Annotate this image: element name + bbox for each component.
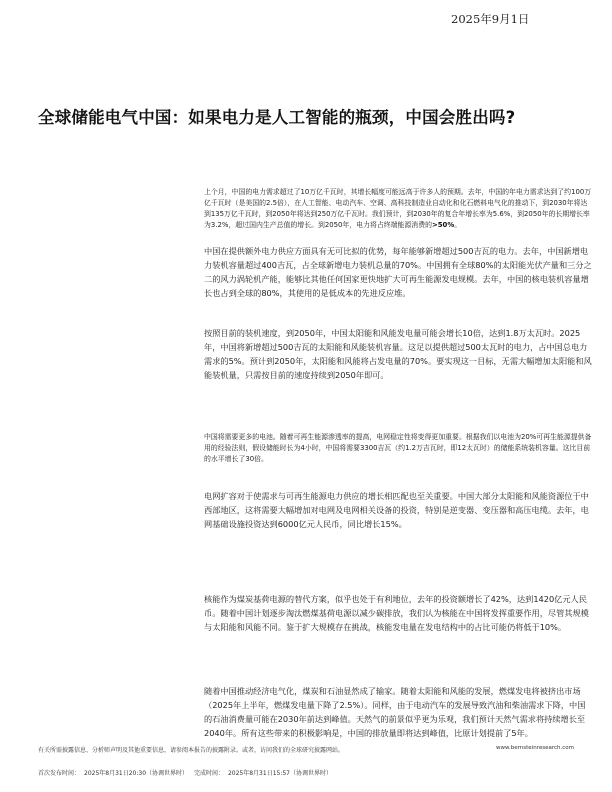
report-title: 全球储能电气中国：如果电力是人工智能的瓶颈，中国会胜出吗?: [38, 104, 598, 128]
research-site-link[interactable]: www.bernsteinresearch.com: [496, 745, 574, 751]
highlight-share: >50%: [432, 221, 454, 229]
disclosure-note: 有关所需披露信息、分析师声明及其他重要信息，请参阅本报告的披露附录。或者，访问我…: [38, 745, 344, 754]
first-published-label: 首次发布时间：: [38, 770, 80, 777]
paragraph-batteries: 中国将需要更多的电池。随着可再生能源渗透率的提高，电网稳定性将变得更加重要。根据…: [204, 432, 592, 466]
paragraph-text: 上个月，中国的电力需求超过了10万亿千瓦时，其增长幅度可能远高于许多人的预期。去…: [204, 188, 591, 229]
report-date: 2025年9月1日: [451, 11, 576, 27]
paragraph-electricity-demand: 上个月，中国的电力需求超过了10万亿千瓦时，其增长幅度可能远高于许多人的预期。去…: [204, 187, 592, 231]
paragraph-coal-oil: 随着中国推动经济电气化，煤炭和石油显然成了输家。随着太阳能和风能的发展，燃煤发电…: [204, 684, 592, 740]
completed-time: 2025年8月31日15:57（协调世界时）: [228, 770, 332, 777]
paragraph-grid: 电网扩容对于使需求与可再生能源电力供应的增长相匹配也至关重要。中国大部分太阳能和…: [204, 489, 592, 531]
paragraph-end: 。: [454, 221, 461, 229]
publication-times: 首次发布时间：2025年8月31日20:30（协调世界时） 完成时间：2025年…: [38, 768, 336, 777]
paragraph-supply-advantage: 中国在提供额外电力供应方面具有无可比拟的优势，每年能够新增超过500吉瓦的电力。…: [204, 244, 592, 300]
paragraph-nuclear: 核能作为煤炭基荷电源的替代方案，似乎也处于有利地位，去年的投资额增长了42%，达…: [204, 592, 592, 634]
first-published-time: 2025年8月31日20:30（协调世界时）: [84, 770, 188, 777]
paragraph-solar-wind: 按照目前的装机速度，到2050年，中国太阳能和风能发电量可能会增长10倍，达到1…: [204, 326, 592, 382]
completed-label: 完成时间：: [194, 770, 224, 777]
